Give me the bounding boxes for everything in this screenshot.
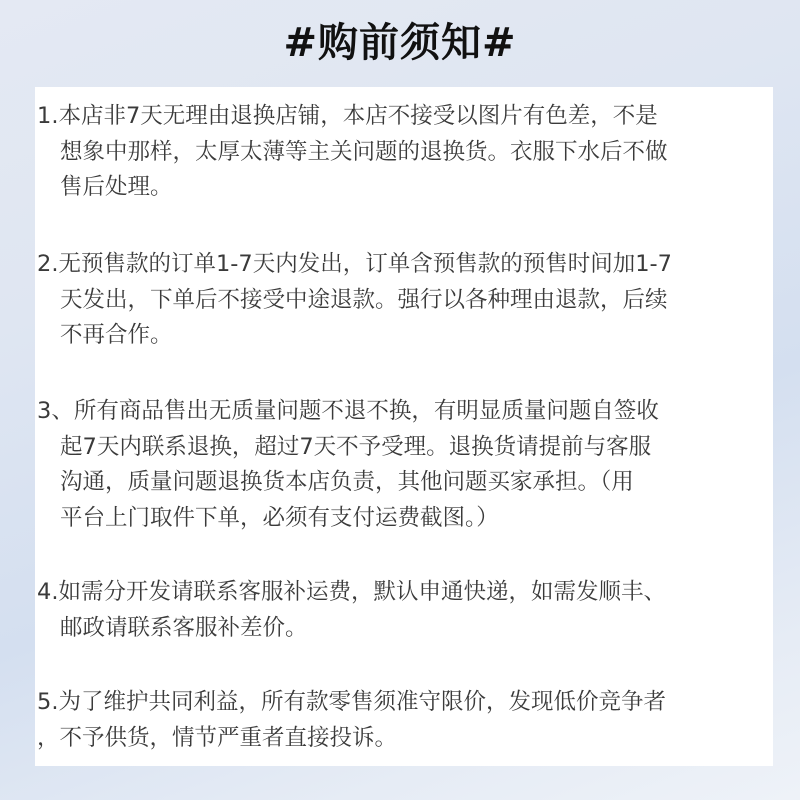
notice-item-4: 4.如需分开发请联系客服补运费，默认申通快递，如需发顺丰、 邮政请联系客服补差价… [37, 575, 773, 646]
notice-line: 不再合作。 [37, 318, 773, 354]
notice-line: 4.如需分开发请联系客服补运费，默认申通快递，如需发顺丰、 [37, 575, 773, 611]
notice-line: 5.为了维护共同利益，所有款零售须准守限价，发现低价竞争者 [37, 685, 773, 721]
notice-line: 邮政请联系客服补差价。 [37, 611, 773, 647]
notice-line: 1.本店非7天无理由退换店铺，本店不接受以图片有色差，不是 [37, 99, 773, 135]
notice-item-1: 1.本店非7天无理由退换店铺，本店不接受以图片有色差，不是 想象中那样，太厚太薄… [37, 99, 773, 206]
notice-line: 想象中那样，太厚太薄等主关问题的退换货。衣服下水后不做 [37, 135, 773, 171]
notice-line: 沟通，质量问题退换货本店负责，其他问题买家承担。（用 [37, 465, 773, 501]
page-title: #购前须知# [0, 10, 800, 76]
notice-item-5: 5.为了维护共同利益，所有款零售须准守限价，发现低价竞争者 ，不予供货，情节严重… [37, 685, 773, 756]
notice-panel: 1.本店非7天无理由退换店铺，本店不接受以图片有色差，不是 想象中那样，太厚太薄… [35, 87, 773, 766]
notice-line: 起7天内联系退换，超过7天不予受理。退换货请提前与客服 [37, 430, 773, 466]
notice-line: 2.无预售款的订单1-7天内发出，订单含预售款的预售时间加1-7 [37, 247, 773, 283]
notice-item-3: 3、所有商品售出无质量问题不退不换，有明显质量问题自签收 起7天内联系退换，超过… [37, 394, 773, 536]
notice-line: 天发出，下单后不接受中途退款。强行以各种理由退款，后续 [37, 283, 773, 319]
notice-line: 3、所有商品售出无质量问题不退不换，有明显质量问题自签收 [37, 394, 773, 430]
notice-line: 平台上门取件下单，必须有支付运费截图。） [37, 501, 773, 537]
notice-line: ，不予供货，情节严重者直接投诉。 [37, 721, 773, 757]
notice-line: 售后处理。 [37, 170, 773, 206]
notice-item-2: 2.无预售款的订单1-7天内发出，订单含预售款的预售时间加1-7 天发出，下单后… [37, 247, 773, 354]
